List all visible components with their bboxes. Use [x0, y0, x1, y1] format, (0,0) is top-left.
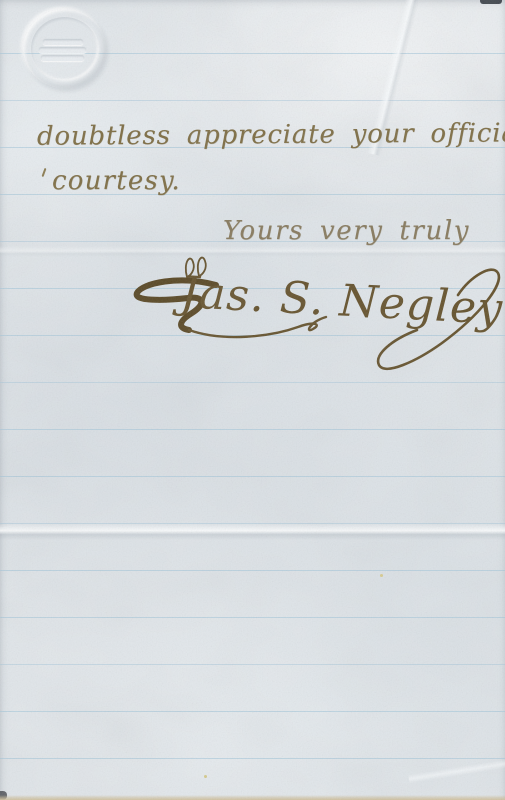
signature-block: Jas. S. Negley [128, 243, 505, 378]
ruled-line [0, 758, 505, 759]
ruled-line [0, 429, 505, 430]
ruled-line [0, 570, 505, 571]
seal-emblem-bar [39, 48, 86, 53]
ruled-line [0, 711, 505, 712]
scan-edge-bottom [0, 795, 505, 800]
handwritten-body-line-1: doubtless appreciate your official [37, 118, 505, 151]
ruled-line [0, 476, 505, 477]
handwritten-body-line-2: courtesy. [52, 166, 181, 196]
ruled-line [0, 382, 505, 383]
ruled-line [0, 100, 505, 101]
seal-emblem-bar [43, 40, 83, 45]
scan-notch-top-right [480, 0, 502, 4]
ruled-line [0, 617, 505, 618]
foxing-speck [380, 574, 383, 577]
letter-page: doubtless appreciate your official court… [0, 0, 505, 800]
ruled-line [0, 523, 505, 524]
seal-emblem-bar [41, 56, 84, 61]
signature-text: Jas. S. Negley [171, 267, 504, 335]
embossed-seal [23, 9, 106, 88]
closing-line: Yours very truly [223, 216, 470, 246]
foxing-speck [204, 775, 207, 778]
ruled-line [0, 664, 505, 665]
